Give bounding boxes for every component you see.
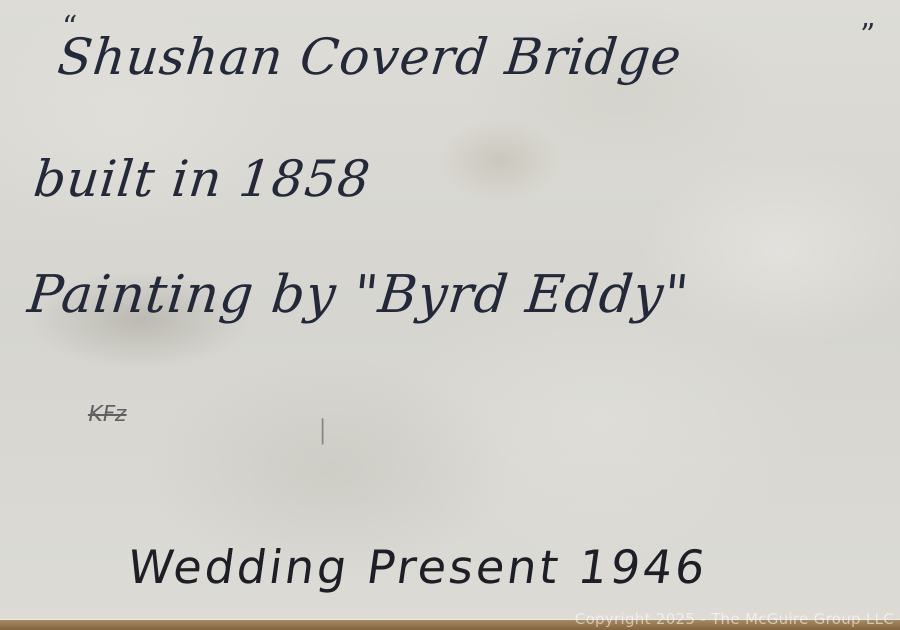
small-pencil-mark: │ (316, 420, 329, 445)
inscription-built-year: built in 1858 (31, 150, 374, 208)
copyright-watermark: Copyright 2025 - The McGuire Group LLC (575, 610, 894, 628)
inscription-artist: Painting by "Byrd Eddy" (25, 265, 692, 325)
inscription-wedding-present: Wedding Present 1946 (124, 540, 711, 594)
pencil-scribble-mark: KFz (86, 402, 129, 427)
close-quote-mark: ” (860, 18, 875, 53)
inscription-title: Shushan Coverd Bridge (55, 28, 685, 86)
painting-back-photo: “ Shushan Coverd Bridge ” built in 1858 … (0, 0, 900, 630)
